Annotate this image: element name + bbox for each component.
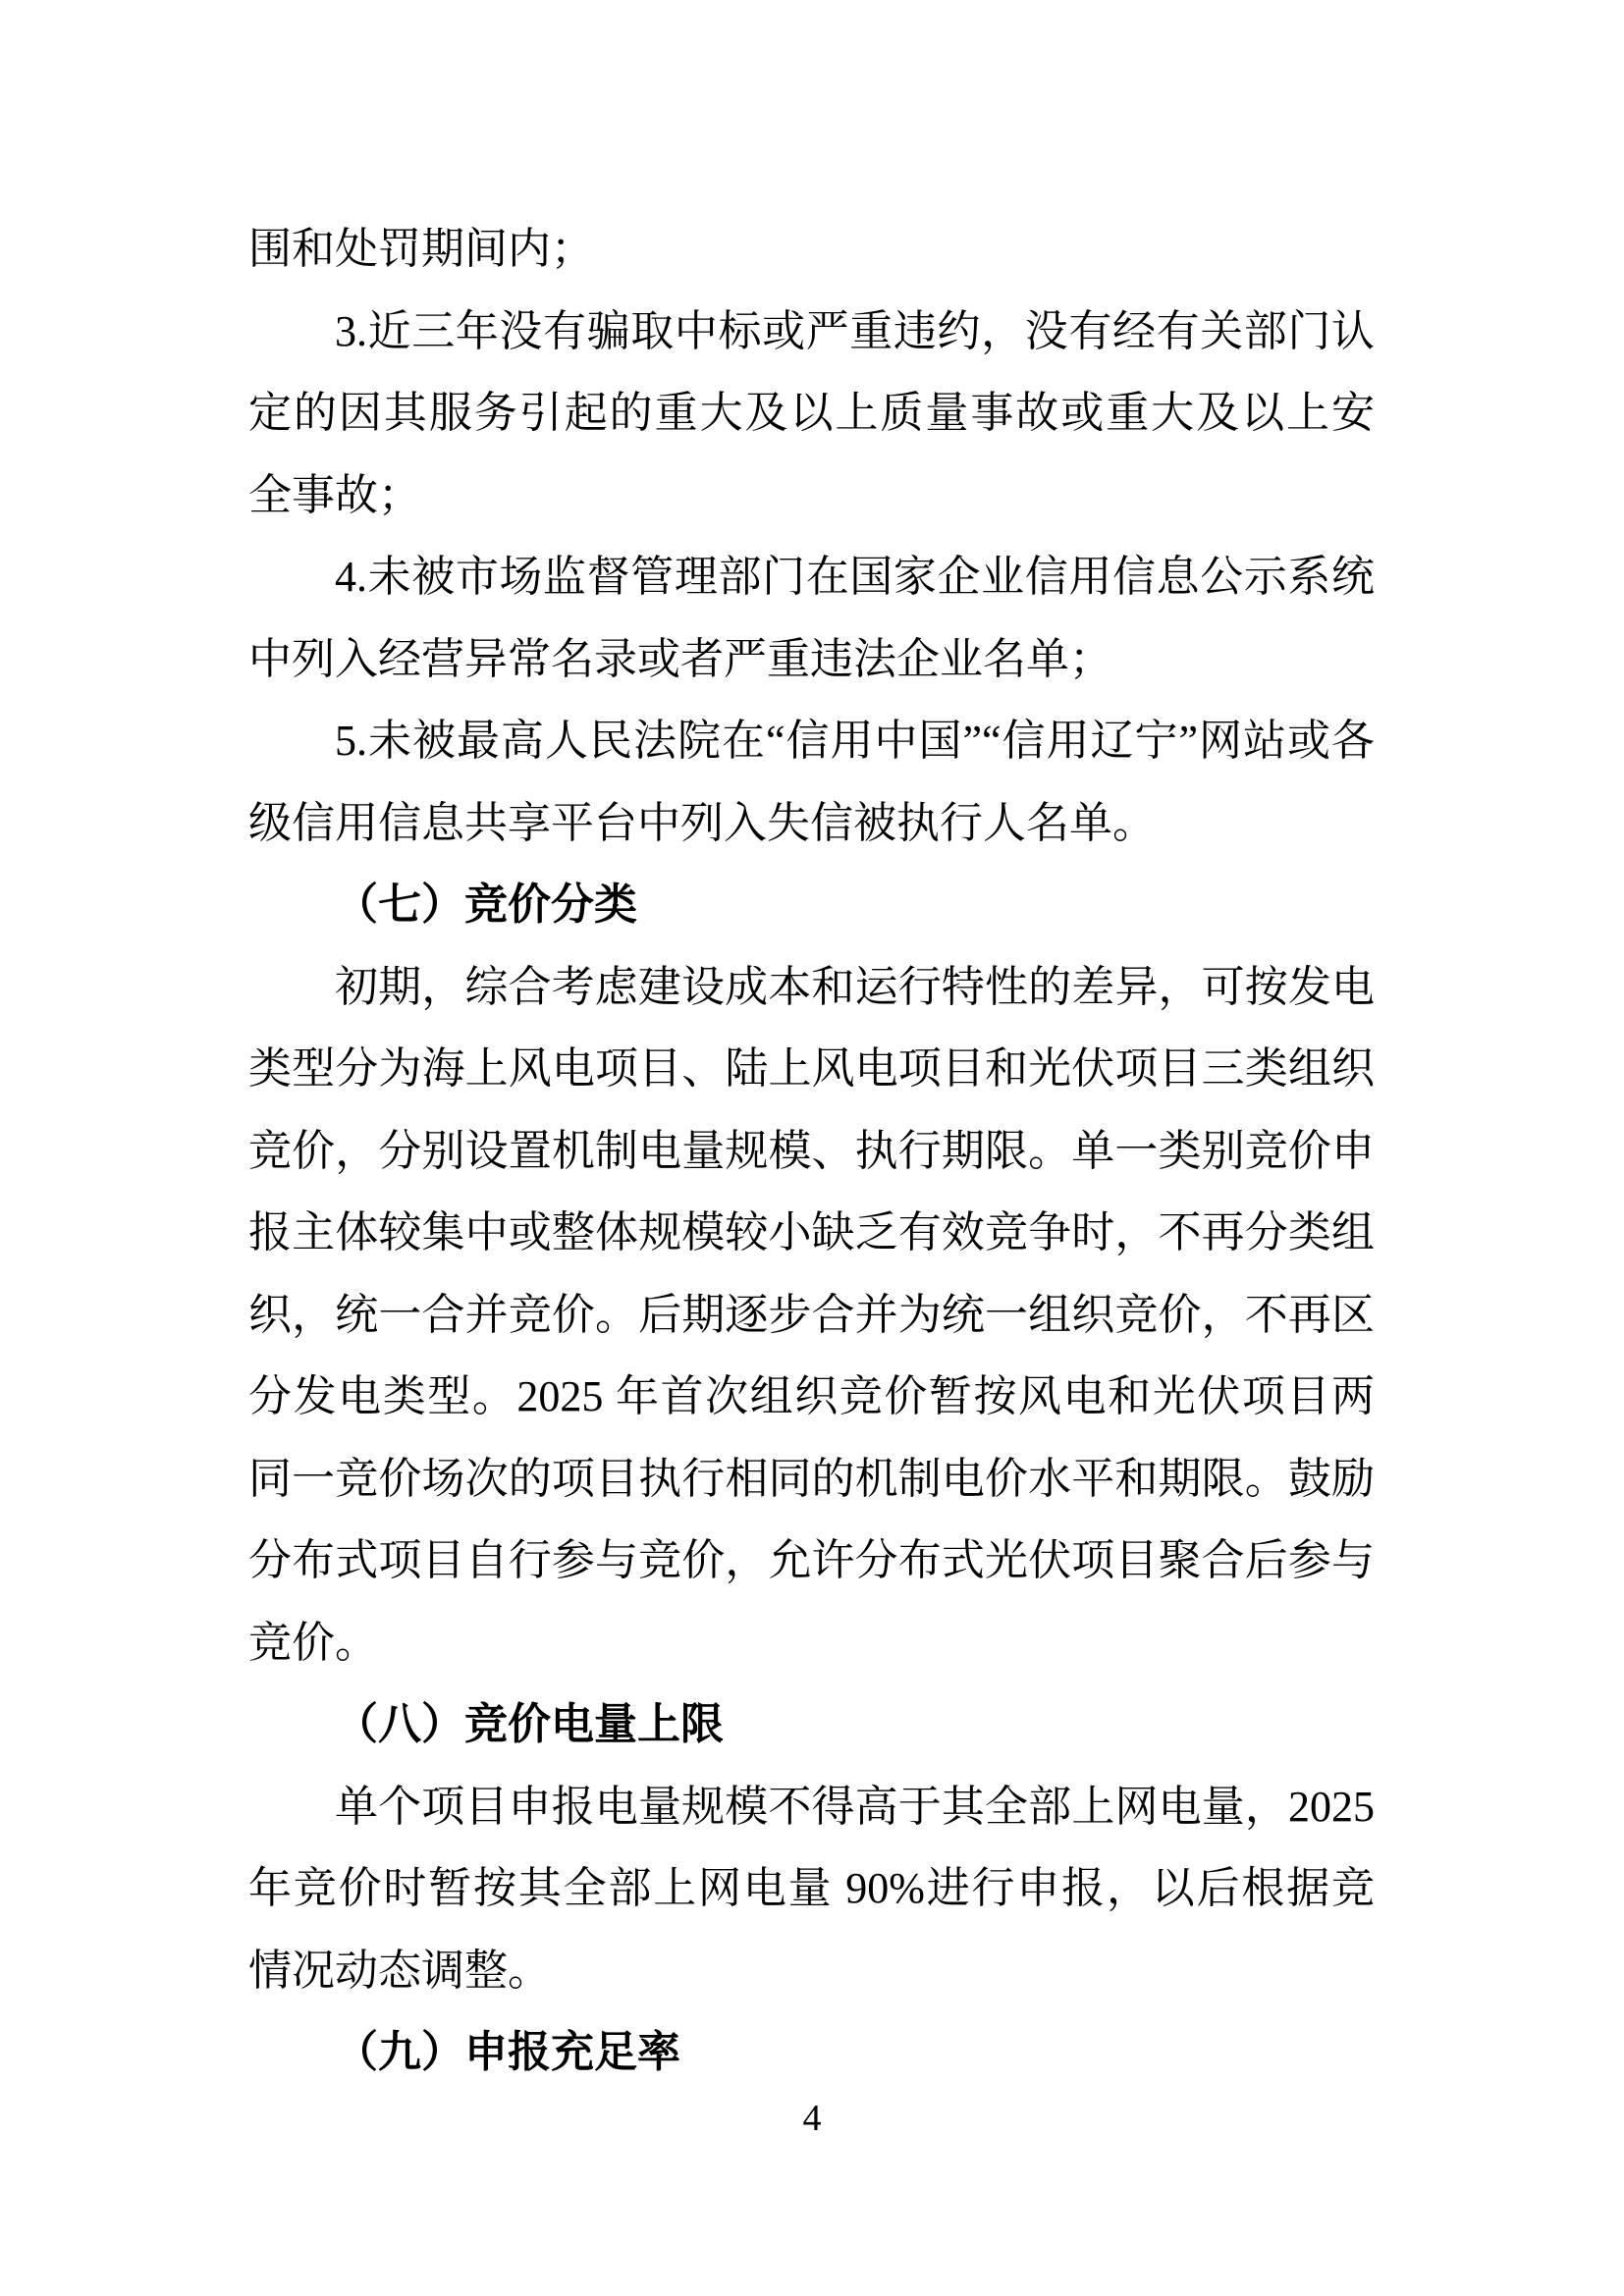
text-line: 同一竞价场次的项目执行相同的机制电价水平和期限。鼓励 <box>248 1438 1375 1521</box>
text-line: 全事故； <box>248 454 1375 537</box>
section-heading: （七）竞价分类 <box>248 864 1375 946</box>
section-heading: （八）竞价电量上限 <box>248 1683 1375 1766</box>
text-line: 竞价，分别设置机制电量规模、执行期限。单一类别竞价申 <box>248 1110 1375 1193</box>
document-page: 围和处罚期间内； 3.近三年没有骗取中标或严重违约，没有经有关部门认 定的因其服… <box>0 0 1624 2296</box>
text-line: 初期，综合考虑建设成本和运行特性的差异，可按发电 <box>248 946 1375 1029</box>
text-line: 4.未被市场监督管理部门在国家企业信用信息公示系统 <box>248 536 1375 618</box>
text-line: 5.未被最高人民法院在“信用中国”“信用辽宁”网站或各 <box>248 700 1375 782</box>
text-line: 分发电类型。2025 年首次组织竞价暂按风电和光伏项目两类， <box>248 1356 1375 1438</box>
text-line: 定的因其服务引起的重大及以上质量事故或重大及以上安 <box>248 372 1375 454</box>
text-line: 竞价。 <box>248 1602 1375 1684</box>
document-body: 围和处罚期间内； 3.近三年没有骗取中标或严重违约，没有经有关部门认 定的因其服… <box>248 208 1375 2094</box>
page-number: 4 <box>0 2099 1624 2138</box>
text-line: 级信用信息共享平台中列入失信被执行人名单。 <box>248 782 1375 865</box>
text-line: 年竞价时暂按其全部上网电量 90%进行申报，以后根据竞价 <box>248 1847 1375 1930</box>
text-line: 单个项目申报电量规模不得高于其全部上网电量，2025 <box>248 1766 1375 1848</box>
text-line: 情况动态调整。 <box>248 1930 1375 2012</box>
text-line: 3.近三年没有骗取中标或严重违约，没有经有关部门认 <box>248 291 1375 373</box>
text-line: 中列入经营异常名录或者严重违法企业名单； <box>248 618 1375 701</box>
text-line: 报主体较集中或整体规模较小缺乏有效竞争时，不再分类组 <box>248 1192 1375 1274</box>
text-line: 织，统一合并竞价。后期逐步合并为统一组织竞价，不再区 <box>248 1274 1375 1357</box>
text-line: 分布式项目自行参与竞价，允许分布式光伏项目聚合后参与 <box>248 1520 1375 1602</box>
text-line: 类型分为海上风电项目、陆上风电项目和光伏项目三类组织 <box>248 1028 1375 1110</box>
section-heading: （九）申报充足率 <box>248 2011 1375 2094</box>
text-line: 围和处罚期间内； <box>248 208 1375 291</box>
